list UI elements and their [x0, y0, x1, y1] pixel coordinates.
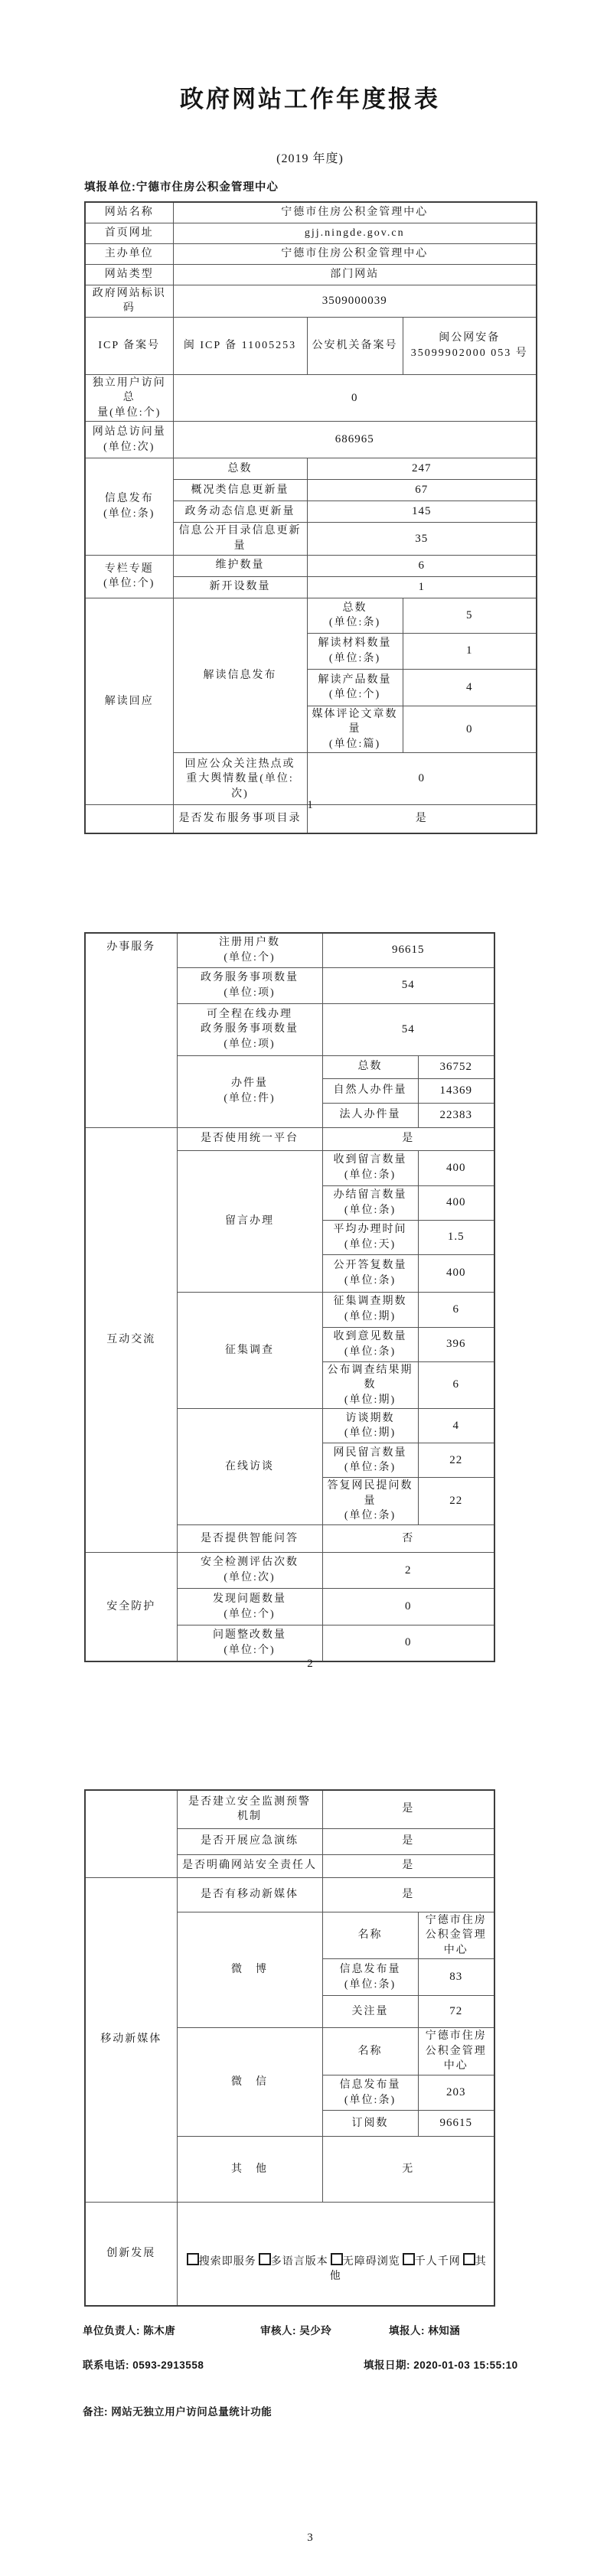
contact-phone: 联系电话: 0593-2913558 [83, 2356, 204, 2372]
cell-value: 6 [418, 1361, 494, 1409]
report-title: 政府网站工作年度报表 [84, 80, 536, 114]
sub-label-message: 留言办理 [177, 1150, 322, 1292]
cell-label: 是否有移动新媒体 [177, 1877, 322, 1912]
cell-value: 5 [403, 598, 537, 633]
cell-label: 收到意见数量 (单位:条) [322, 1327, 418, 1361]
sub-label-volume: 办件量 (单位:件) [177, 1055, 322, 1127]
cell-value: 96615 [322, 933, 494, 967]
cell-value: 3509000039 [173, 285, 537, 317]
cell-label: 名称 [322, 1912, 418, 1959]
innovation-option: 多语言版本 [256, 2256, 328, 2268]
cell-label: 可全程在线办理 政务服务事项数量 (单位:项) [177, 1003, 322, 1055]
innovation-options: 搜索即服务多语言版本无障碍浏览千人千网其他 [177, 2203, 494, 2306]
sub-label-interview: 在线访谈 [177, 1409, 322, 1525]
cell-value: 宁德市住房公积金管理中心 [173, 202, 537, 223]
cell-value: 400 [418, 1150, 494, 1185]
cell-value: 54 [322, 967, 494, 1003]
cell-value: 400 [418, 1254, 494, 1292]
cell-value: 是 [322, 1127, 494, 1150]
empty-cell [85, 1790, 177, 1877]
cell-label: 访谈期数 (单位:期) [322, 1409, 418, 1443]
cell-value: 686965 [173, 422, 537, 458]
cell-label: 总数 [173, 458, 307, 480]
remark-note: 备注: 网站无独立用户访问总量统计功能 [83, 2403, 272, 2418]
cell-label: 问题整改数量 (单位:个) [177, 1625, 322, 1661]
cell-value: 闽 ICP 备 11005253 [173, 317, 307, 374]
cell-label: 政务动态信息更新量 [173, 501, 307, 523]
filing-unit: 填报单位:宁德市住房公积金管理中心 [84, 178, 279, 194]
cell-label: 总数 [322, 1055, 418, 1078]
sub-label-weibo: 微 博 [177, 1912, 322, 2028]
cell-value: 83 [418, 1959, 494, 1996]
cell-label: 信息公开目录信息更新量 [173, 523, 307, 555]
cell-value: 是 [322, 1877, 494, 1912]
checkbox-icon [463, 2253, 475, 2265]
cell-label: 概况类信息更新量 [173, 480, 307, 501]
cell-value: 是 [322, 1828, 494, 1854]
report-table-page3: 是否建立安全监测预警 机制 是 是否开展应急演练 是 是否明确网站安全责任人 是… [84, 1789, 495, 2307]
cell-value: 2 [322, 1553, 494, 1589]
cell-value: 是 [322, 1790, 494, 1828]
cell-value: 宁德市住房公积金管理中心 [173, 243, 537, 264]
cell-label: 关注量 [322, 1996, 418, 2028]
cell-label: 公开答复数量 (单位:条) [322, 1254, 418, 1292]
cell-label: 是否建立安全监测预警 机制 [177, 1790, 322, 1828]
section-label-special: 专栏专题 (单位:个) [85, 555, 173, 598]
cell-label: 解读产品数量 (单位:个) [307, 669, 403, 706]
cell-label: 网站名称 [85, 202, 173, 223]
section-label-security: 安全防护 [85, 1553, 177, 1661]
innovation-option: 搜索即服务 [184, 2256, 256, 2268]
cell-label: 新开设数量 [173, 576, 307, 598]
cell-label: 回应公众关注热点或 重大舆情数量(单位: 次) [173, 753, 307, 805]
cell-value: 4 [403, 669, 537, 706]
cell-label: 独立用户访问总 量(单位:个) [85, 374, 173, 422]
auditor: 审核人: 吴少玲 [260, 2322, 331, 2337]
checkbox-icon [331, 2253, 343, 2265]
cell-label: 是否提供智能问答 [177, 1525, 322, 1553]
checkbox-icon [187, 2253, 199, 2265]
innovation-option-label: 千人千网 [415, 2256, 461, 2268]
cell-value: 67 [307, 480, 537, 501]
cell-value: 54 [322, 1003, 494, 1055]
cell-value: 22383 [418, 1103, 494, 1127]
cell-label: 政务服务事项数量 (单位:项) [177, 967, 322, 1003]
section-label-service: 办事服务 [85, 933, 177, 1127]
cell-value: 396 [418, 1327, 494, 1361]
cell-label: 网站类型 [85, 264, 173, 285]
cell-label: 是否使用统一平台 [177, 1127, 322, 1150]
filler: 填报人: 林知涵 [389, 2322, 460, 2337]
innovation-option-label: 多语言版本 [271, 2256, 328, 2268]
cell-label: 名称 [322, 2028, 418, 2075]
cell-label: 安全检测评估次数 (单位:次) [177, 1553, 322, 1589]
cell-label: 平均办理时间 (单位:天) [322, 1220, 418, 1254]
cell-value: gjj.ningde.gov.cn [173, 223, 537, 243]
report-table-page1: 网站名称 宁德市住房公积金管理中心 首页网址 gjj.ningde.gov.cn… [84, 201, 537, 834]
cell-value: 1 [307, 576, 537, 598]
filing-date: 填报日期: 2020-01-03 15:55:10 [364, 2356, 518, 2372]
cell-label: 主办单位 [85, 243, 173, 264]
cell-label: 总数 (单位:条) [307, 598, 403, 633]
sub-label-survey: 征集调查 [177, 1292, 322, 1409]
cell-label: 信息发布量 (单位:条) [322, 2075, 418, 2111]
cell-value: 203 [418, 2075, 494, 2111]
cell-value: 宁德市住房公积金管理中心 [418, 2028, 494, 2075]
innovation-option-label: 无障碍浏览 [343, 2256, 400, 2268]
report-subtitle: (2019 年度) [84, 148, 536, 166]
innovation-option-label: 搜索即服务 [199, 2256, 256, 2268]
checkbox-icon [259, 2253, 271, 2265]
cell-label: 自然人办件量 [322, 1078, 418, 1103]
page-number: 3 [84, 2532, 536, 2545]
cell-value: 22 [418, 1443, 494, 1478]
cell-value: 36752 [418, 1055, 494, 1078]
innovation-option: 千人千网 [400, 2256, 461, 2268]
unit-leader: 单位负责人: 陈木唐 [83, 2322, 175, 2337]
cell-value: 6 [418, 1292, 494, 1327]
section-label-interp: 解读回应 [85, 598, 173, 805]
cell-value: 22 [418, 1478, 494, 1525]
cell-value: 宁德市住房公积金管理中心 [418, 1912, 494, 1959]
cell-label: 首页网址 [85, 223, 173, 243]
cell-value: 72 [418, 1996, 494, 2028]
cell-value: 否 [322, 1525, 494, 1553]
cell-label: 公安机关备案号 [307, 317, 403, 374]
cell-value: 247 [307, 458, 537, 480]
cell-label: 公布调查结果期数 (单位:期) [322, 1361, 418, 1409]
cell-label: 发现问题数量 (单位:个) [177, 1589, 322, 1625]
cell-label: 是否明确网站安全责任人 [177, 1854, 322, 1877]
checkbox-icon [403, 2253, 415, 2265]
cell-label: 媒体评论文章数量 (单位:篇) [307, 706, 403, 753]
cell-value: 闽公网安备 35099902000 053 号 [403, 317, 537, 374]
cell-value: 14369 [418, 1078, 494, 1103]
cell-label: ICP 备案号 [85, 317, 173, 374]
cell-value: 无 [322, 2137, 494, 2203]
cell-label: 答复网民提问数量 (单位:条) [322, 1478, 418, 1525]
cell-label: 解读材料数量 (单位:条) [307, 633, 403, 669]
page-number: 2 [84, 1658, 536, 1671]
cell-value: 0 [403, 706, 537, 753]
cell-label: 办结留言数量 (单位:条) [322, 1185, 418, 1220]
cell-label: 法人办件量 [322, 1103, 418, 1127]
cell-label: 是否开展应急演练 [177, 1828, 322, 1854]
cell-label: 政府网站标识码 [85, 285, 173, 317]
cell-label: 网民留言数量 (单位:条) [322, 1443, 418, 1478]
report-table-page2: 办事服务 注册用户数 (单位:个) 96615 政务服务事项数量 (单位:项) … [84, 932, 495, 1662]
cell-value: 4 [418, 1409, 494, 1443]
cell-value: 0 [322, 1589, 494, 1625]
cell-value: 35 [307, 523, 537, 555]
cell-value: 96615 [418, 2111, 494, 2137]
cell-value: 0 [322, 1625, 494, 1661]
cell-value: 145 [307, 501, 537, 523]
cell-value: 0 [173, 374, 537, 422]
cell-label: 订阅数 [322, 2111, 418, 2137]
cell-value: 是 [322, 1854, 494, 1877]
cell-value: 1 [403, 633, 537, 669]
cell-label: 征集调查期数 (单位:期) [322, 1292, 418, 1327]
cell-label: 网站总访问量 (单位:次) [85, 422, 173, 458]
sub-label-wechat: 微 信 [177, 2028, 322, 2137]
cell-label: 注册用户数 (单位:个) [177, 933, 322, 967]
section-label-interact: 互动交流 [85, 1127, 177, 1553]
cell-value: 1.5 [418, 1220, 494, 1254]
cell-value: 400 [418, 1185, 494, 1220]
cell-label: 信息发布量 (单位:条) [322, 1959, 418, 1996]
section-label-innovation: 创新发展 [85, 2203, 177, 2306]
sub-label-other: 其 他 [177, 2137, 322, 2203]
section-label-mobile: 移动新媒体 [85, 1877, 177, 2203]
section-label-info-pub: 信息发布 (单位:条) [85, 458, 173, 555]
cell-label: 维护数量 [173, 555, 307, 576]
cell-label: 收到留言数量 (单位:条) [322, 1150, 418, 1185]
sub-label-interp-pub: 解读信息发布 [173, 598, 307, 753]
cell-value: 部门网站 [173, 264, 537, 285]
cell-value: 0 [307, 753, 537, 805]
innovation-option: 无障碍浏览 [328, 2256, 400, 2268]
cell-value: 6 [307, 555, 537, 576]
page-number: 1 [84, 799, 536, 812]
